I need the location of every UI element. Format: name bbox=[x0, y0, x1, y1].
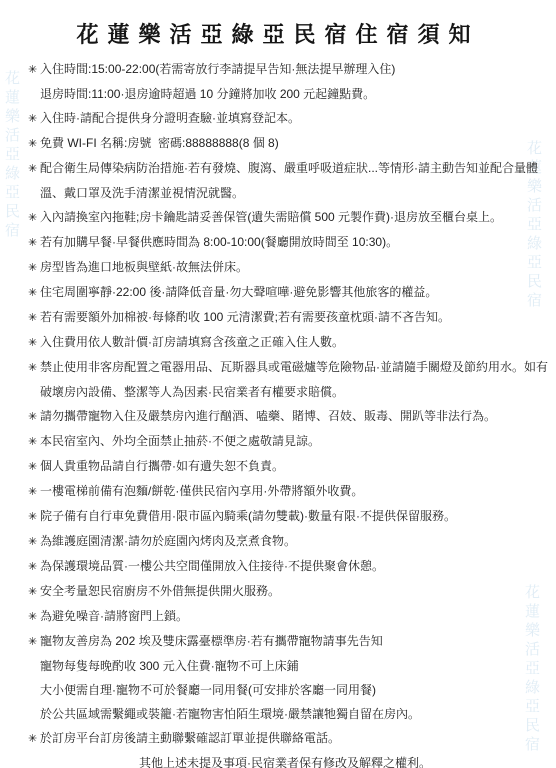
bullet-asterisk-icon: ✳ bbox=[28, 281, 40, 305]
bullet-asterisk-icon: ✳ bbox=[28, 356, 40, 380]
notice-line: ✳入內請換室內拖鞋;房卡鑰匙請妥善保管(遺失需賠償 500 元製作費)·退房放至… bbox=[28, 205, 542, 230]
bullet-asterisk-icon: ✳ bbox=[28, 605, 40, 629]
notice-line-text: 住宅周圍寧靜·22:00 後·請降低音量·勿大聲喧嘩·避免影響其他旅客的權益。 bbox=[40, 285, 437, 299]
notice-line: ✳入住費用依人數計價·訂房請填寫含孩童之正確入住人數。 bbox=[28, 330, 542, 355]
notice-line: ✳安全考量恕民宿廚房不外借無提供開火服務。 bbox=[28, 579, 542, 604]
bullet-asterisk-icon: ✳ bbox=[28, 331, 40, 355]
notice-line: ✳若有加購早餐·早餐供應時間為 8:00-10:00(餐廳開放時間至 10:30… bbox=[28, 230, 542, 255]
notice-line: ✳禁止使用非客房配置之電器用品、瓦斯器具或電磁爐等危險物品·並請隨手關燈及節約用… bbox=[28, 355, 542, 380]
bullet-asterisk-icon: ✳ bbox=[28, 132, 40, 156]
notice-line: 退房時間:11:00·退房逾時超過 10 分鐘將加收 200 元起鐘點費。 bbox=[28, 82, 542, 106]
notice-line-text: 退房時間:11:00·退房逾時超過 10 分鐘將加收 200 元起鐘點費。 bbox=[40, 87, 375, 101]
notice-line: 溫、戴口罩及洗手清潔並視情況就醫。 bbox=[28, 181, 542, 205]
notice-line-text: 入內請換室內拖鞋;房卡鑰匙請妥善保管(遺失需賠償 500 元製作費)·退房放至櫃… bbox=[40, 210, 502, 224]
notice-line: ✳本民宿室內、外均全面禁止抽菸·不便之處敬請見諒。 bbox=[28, 429, 542, 454]
notice-line-text: 個人貴重物品請自行攜帶·如有遺失恕不負責。 bbox=[40, 459, 284, 473]
notice-line: 於公共區域需繫繩或裝籠·若寵物害怕陌生環境·嚴禁讓牠獨自留在房內。 bbox=[28, 702, 542, 726]
notice-line-text: 寵物每隻每晚酌收 300 元入住費·寵物不可上床鋪 bbox=[40, 659, 299, 673]
bullet-asterisk-icon: ✳ bbox=[28, 455, 40, 479]
notice-list: ✳入住時間:15:00-22:00(若需寄放行李請提早告知·無法提早辦理入住)退… bbox=[0, 49, 556, 768]
bullet-asterisk-icon: ✳ bbox=[28, 630, 40, 654]
notice-line-text: 其他上述未提及事項·民宿業者保有修改及解釋之權利。 bbox=[139, 756, 431, 768]
bullet-asterisk-icon: ✳ bbox=[28, 555, 40, 579]
notice-line-text: 為避免噪音·請將窗門上鎖。 bbox=[40, 609, 188, 623]
notice-line-text: 安全考量恕民宿廚房不外借無提供開火服務。 bbox=[40, 584, 280, 598]
notice-line-text: 本民宿室內、外均全面禁止抽菸·不便之處敬請見諒。 bbox=[40, 434, 320, 448]
notice-line: ✳住宅周圍寧靜·22:00 後·請降低音量·勿大聲喧嘩·避免影響其他旅客的權益。 bbox=[28, 280, 542, 305]
notice-line-text: 入住費用依人數計價·訂房請填寫含孩童之正確入住人數。 bbox=[40, 335, 344, 349]
notice-line-text: 一樓電梯前備有泡麵/餅乾·僅供民宿內享用·外帶將額外收費。 bbox=[40, 484, 363, 498]
notice-line: ✳於訂房平台訂房後請主動聯繫確認訂單並提供聯絡電話。 bbox=[28, 726, 542, 751]
bullet-asterisk-icon: ✳ bbox=[28, 256, 40, 280]
notice-line-text: 入住時間:15:00-22:00(若需寄放行李請提早告知·無法提早辦理入住) bbox=[40, 62, 395, 76]
notice-line-text: 為保護環境品質·一樓公共空間僅開放入住接待·不提供聚會休憩。 bbox=[40, 559, 384, 573]
bullet-asterisk-icon: ✳ bbox=[28, 727, 40, 751]
notice-line-text: 禁止使用非客房配置之電器用品、瓦斯器具或電磁爐等危險物品·並請隨手關燈及節約用水… bbox=[40, 360, 548, 374]
bullet-asterisk-icon: ✳ bbox=[28, 206, 40, 230]
notice-line-text: 院子備有自行車免費借用·限市區內騎乘(請勿雙載)·數量有限·不提供保留服務。 bbox=[40, 509, 456, 523]
notice-line: ✳入住時·請配合提供身分證明查驗·並填寫登記本。 bbox=[28, 106, 542, 131]
bullet-asterisk-icon: ✳ bbox=[28, 306, 40, 330]
notice-line-text: 於公共區域需繫繩或裝籠·若寵物害怕陌生環境·嚴禁讓牠獨自留在房內。 bbox=[40, 707, 420, 721]
notice-line: ✳為避免噪音·請將窗門上鎖。 bbox=[28, 604, 542, 629]
bullet-asterisk-icon: ✳ bbox=[28, 480, 40, 504]
notice-line: ✳請勿攜帶寵物入住及嚴禁房內進行酗酒、嗑藥、賭博、召妓、販毒、開趴等非法行為。 bbox=[28, 404, 542, 429]
notice-line-text: 寵物友善房為 202 埃及雙床露臺標準房·若有攜帶寵物請事先告知 bbox=[40, 634, 383, 648]
notice-line: 破壞房內設備、整潔等人為因素·民宿業者有權要求賠償。 bbox=[28, 380, 542, 404]
notice-line: ✳個人貴重物品請自行攜帶·如有遺失恕不負責。 bbox=[28, 454, 542, 479]
notice-line-text: 請勿攜帶寵物入住及嚴禁房內進行酗酒、嗑藥、賭博、召妓、販毒、開趴等非法行為。 bbox=[40, 409, 496, 423]
bullet-asterisk-icon: ✳ bbox=[28, 107, 40, 131]
notice-line-text: 房型皆為進口地板與壁紙·故無法併床。 bbox=[40, 260, 248, 274]
notice-line: 寵物每隻每晚酌收 300 元入住費·寵物不可上床鋪 bbox=[28, 654, 542, 678]
notice-line: ✳一樓電梯前備有泡麵/餅乾·僅供民宿內享用·外帶將額外收費。 bbox=[28, 479, 542, 504]
bullet-asterisk-icon: ✳ bbox=[28, 430, 40, 454]
notice-line-text: 配合衛生局傳染病防治措施·若有發燒、腹瀉、嚴重呼吸道症狀...等情形·請主動告知… bbox=[40, 161, 538, 175]
notice-line-text: 於訂房平台訂房後請主動聯繫確認訂單並提供聯絡電話。 bbox=[40, 731, 340, 745]
notice-line-text: 免費 WI-FI 名稱:房號 密碼:88888888(8 個 8) bbox=[40, 136, 279, 150]
notice-line: ✳為維護庭園清潔·請勿於庭園內烤肉及烹煮食物。 bbox=[28, 529, 542, 554]
notice-line: ✳房型皆為進口地板與壁紙·故無法併床。 bbox=[28, 255, 542, 280]
notice-document: 花蓮樂活亞綠亞民宿 花蓮樂活亞綠亞民宿 花蓮樂活亞綠亞民宿 花蓮樂活亞綠亞民宿住… bbox=[0, 0, 556, 768]
bullet-asterisk-icon: ✳ bbox=[28, 505, 40, 529]
notice-line: ✳院子備有自行車免費借用·限市區內騎乘(請勿雙載)·數量有限·不提供保留服務。 bbox=[28, 504, 542, 529]
notice-line: ✳為保護環境品質·一樓公共空間僅開放入住接待·不提供聚會休憩。 bbox=[28, 554, 542, 579]
notice-line: 其他上述未提及事項·民宿業者保有修改及解釋之權利。 bbox=[28, 751, 542, 768]
bullet-asterisk-icon: ✳ bbox=[28, 157, 40, 181]
bullet-asterisk-icon: ✳ bbox=[28, 58, 40, 82]
notice-line-text: 若有加購早餐·早餐供應時間為 8:00-10:00(餐廳開放時間至 10:30)… bbox=[40, 235, 398, 249]
notice-line: 大小便需自理·寵物不可於餐廳一同用餐(可安排於客廳一同用餐) bbox=[28, 678, 542, 702]
bullet-asterisk-icon: ✳ bbox=[28, 405, 40, 429]
notice-line: ✳若有需要額外加棉被·每條酌收 100 元清潔費;若有需要孩童枕頭·請不吝告知。 bbox=[28, 305, 542, 330]
notice-line: ✳配合衛生局傳染病防治措施·若有發燒、腹瀉、嚴重呼吸道症狀...等情形·請主動告… bbox=[28, 156, 542, 181]
notice-line-text: 入住時·請配合提供身分證明查驗·並填寫登記本。 bbox=[40, 111, 300, 125]
bullet-asterisk-icon: ✳ bbox=[28, 530, 40, 554]
notice-line: ✳入住時間:15:00-22:00(若需寄放行李請提早告知·無法提早辦理入住) bbox=[28, 57, 542, 82]
notice-line-text: 破壞房內設備、整潔等人為因素·民宿業者有權要求賠償。 bbox=[40, 385, 344, 399]
page-title: 花蓮樂活亞綠亞民宿住宿須知 bbox=[0, 0, 556, 49]
bullet-asterisk-icon: ✳ bbox=[28, 580, 40, 604]
notice-line-text: 若有需要額外加棉被·每條酌收 100 元清潔費;若有需要孩童枕頭·請不吝告知。 bbox=[40, 310, 450, 324]
notice-line: ✳寵物友善房為 202 埃及雙床露臺標準房·若有攜帶寵物請事先告知 bbox=[28, 629, 542, 654]
notice-line: ✳免費 WI-FI 名稱:房號 密碼:88888888(8 個 8) bbox=[28, 131, 542, 156]
notice-line-text: 大小便需自理·寵物不可於餐廳一同用餐(可安排於客廳一同用餐) bbox=[40, 683, 376, 697]
notice-line-text: 溫、戴口罩及洗手清潔並視情況就醫。 bbox=[40, 186, 244, 200]
notice-line-text: 為維護庭園清潔·請勿於庭園內烤肉及烹煮食物。 bbox=[40, 534, 296, 548]
bullet-asterisk-icon: ✳ bbox=[28, 231, 40, 255]
